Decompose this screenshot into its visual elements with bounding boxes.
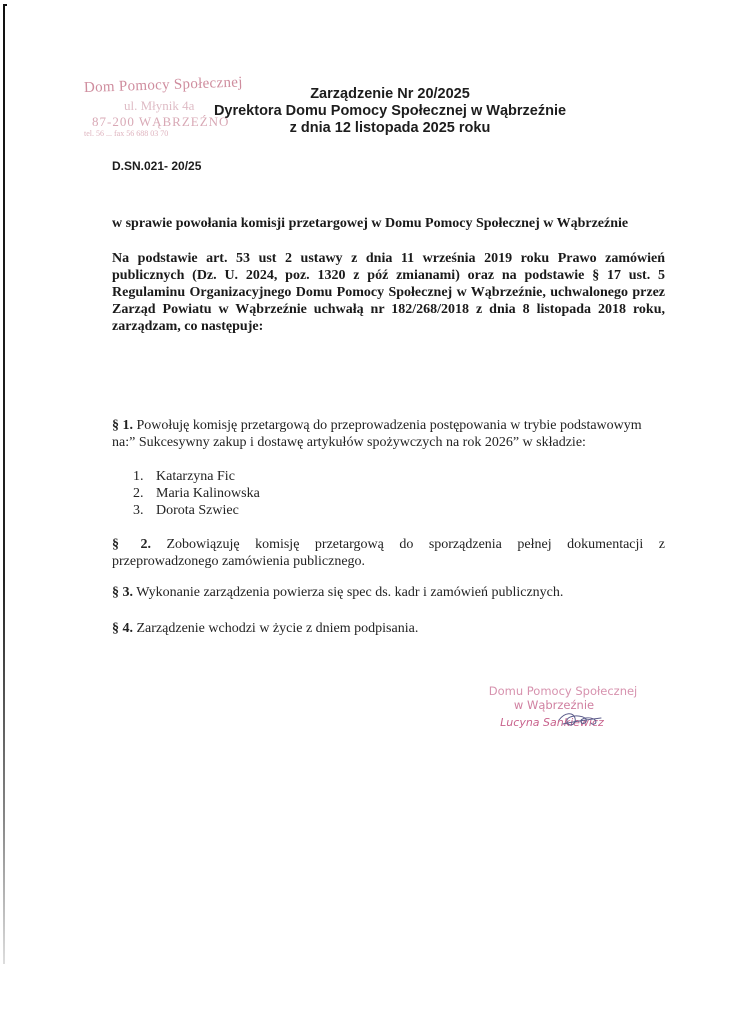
member-name: Dorota Szwiec [156,502,239,519]
section-text: Zobowiązuję komisję przetargową do sporz… [112,537,665,569]
list-item: 2. Maria Kalinowska [133,485,260,502]
legal-basis-preamble: Na podstawie art. 53 ust 2 ustawy z dnia… [112,250,665,335]
section-3: § 3. Wykonanie zarządzenia powierza się … [112,584,665,601]
section-marker: § 2. [112,537,151,552]
signatory-name: Lucyna Sankiewicz [456,716,648,730]
section-4: § 4. Zarządzenie wchodzi w życie z dniem… [112,620,665,637]
document-date: z dnia 12 listopada 2025 roku [200,120,580,137]
list-number: 3. [133,502,156,519]
section-text: Wykonanie zarządzenia powierza się spec … [133,585,563,600]
committee-members-list: 1. Katarzyna Fic 2. Maria Kalinowska 3. … [133,468,260,519]
member-name: Katarzyna Fic [156,468,235,485]
section-marker: § 4. [112,621,133,636]
member-name: Maria Kalinowska [156,485,260,502]
document-title-block: Zarządzenie Nr 20/2025 Dyrektora Domu Po… [200,86,580,137]
signature-stamp-institution: Domu Pomocy Społecznej [478,684,648,698]
section-text: Powołuję komisję przetargową do przeprow… [112,418,642,450]
section-marker: § 1. [112,418,133,433]
section-2: § 2. Zobowiązuję komisję przetargową do … [112,536,665,570]
signature-stamp-city: w Wąbrzeźnie [460,698,648,712]
list-number: 2. [133,485,156,502]
section-marker: § 3. [112,585,133,600]
list-item: 1. Katarzyna Fic [133,468,260,485]
scan-border-left [3,4,5,964]
document-title: Zarządzenie Nr 20/2025 [200,86,580,103]
list-item: 3. Dorota Szwiec [133,502,260,519]
list-number: 1. [133,468,156,485]
document-subject: w sprawie powołania komisji przetargowej… [112,216,628,232]
section-text: Zarządzenie wchodzi w życie z dniem podp… [133,621,418,636]
scan-border-top-tick [3,4,7,6]
document-issuer: Dyrektora Domu Pomocy Społecznej w Wąbrz… [200,103,580,120]
section-1: § 1. Powołuję komisję przetargową do prz… [112,417,665,451]
handwritten-signature-icon [555,708,605,730]
reference-number: D.SN.021- 20/25 [112,159,201,173]
